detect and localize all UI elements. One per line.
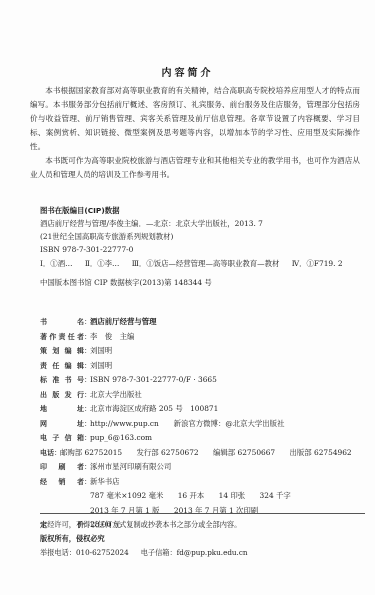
pub-label: 电话 — [40, 446, 54, 461]
pub-label: 策划编辑 — [40, 344, 84, 359]
summary-paragraph: 本书根据国家教育部对高等职业教育的有关精神，结合高职高专院校培养应用型人才的特点… — [30, 84, 360, 154]
phone-distribution: 发行部 62750672 — [137, 448, 199, 457]
divider-line — [40, 513, 365, 514]
pub-value-author: 李 俊 主编 — [90, 330, 134, 345]
report-email: fd@pup.pku.edu.cn — [177, 548, 248, 557]
cip-classification: Ⅰ．①酒… Ⅱ．①李… Ⅲ．①饭店—经营管理—高等职业教育—教材 Ⅳ．①F719… — [40, 257, 353, 270]
pub-label: 出版发行 — [40, 388, 84, 403]
pub-label: 标准书号 — [40, 373, 84, 388]
cip-class-item: Ⅰ．①酒… — [40, 259, 72, 268]
pub-value-responsible-editor: 刘国明 — [90, 359, 112, 374]
phone-mail-order: 邮购部 62752015 — [60, 448, 122, 457]
pub-value-website: http://www.pup.cn 新浪官方微博：@北京大学出版社 — [90, 417, 284, 432]
pub-value-distributor: 新华书店 — [90, 475, 120, 490]
phone-editorial: 编辑部 62750667 — [213, 448, 275, 457]
pub-value-email: pup_6@163.com — [90, 431, 152, 446]
pub-label: 地址 — [40, 402, 84, 417]
cip-title-line: 酒店前厅经营与管理/李俊主编．—北京：北京大学出版社，2013. 7 — [40, 217, 360, 230]
copy-notice: 未经许可，不得以任何方式复制或抄袭本书之部分或全部内容。 — [40, 518, 360, 532]
summary-paragraph: 本书既可作为高等职业院校旅游与酒店管理专业和其他相关专业的教学用书，也可作为酒店… — [30, 154, 360, 182]
format-size: 16 开本 — [178, 491, 205, 500]
cip-data-block: 图书在版编目(CIP)数据 酒店前厅经营与管理/李俊主编．—北京：北京大学出版社… — [40, 204, 360, 256]
email-label: 电子信箱： — [141, 548, 177, 557]
pub-row-address: 地址： 北京市海淀区成府路 205 号 100871 — [40, 402, 360, 417]
content-summary: 本书根据国家教育部对高等职业教育的有关精神，结合高职高专院校培养应用型人才的特点… — [30, 84, 360, 182]
report-label: 举报电话： — [40, 548, 76, 557]
pub-value-format: 787 毫米×1092 毫米 16 开本 14 印张 324 千字 — [90, 489, 303, 504]
cip-isbn: ISBN 978-7-301-22777-0 — [40, 243, 360, 256]
cip-series-line: (21世纪全国高职高专旅游系列规划教材) — [40, 230, 360, 243]
cip-record-number: 中国版本图书馆 CIP 数据核字(2013)第 148344 号 — [40, 276, 212, 289]
pub-value-printer: 涿州市星河印刷有限公司 — [90, 460, 171, 475]
sheet-count: 14 印张 — [219, 491, 246, 500]
pub-row-distributor: 经销者： 新华书店 — [40, 475, 360, 490]
pub-row-publisher: 出版发行： 北京大学出版社 — [40, 388, 360, 403]
pub-value-isbn: ISBN 978-7-301-22777-0/F · 3665 — [90, 373, 217, 388]
pub-value-publisher: 北京大学出版社 — [90, 388, 142, 403]
cip-class-item: Ⅱ．①李… — [85, 259, 120, 268]
pub-value-edition: 2013 年 7 月第 1 版 2013 年 7 月第 1 次印刷 — [90, 504, 270, 519]
word-count: 324 千字 — [260, 491, 291, 500]
publication-info: 书名： 酒店前厅经营与管理 著作责任者： 李 俊 主编 策划编辑： 刘国明 责任… — [40, 315, 360, 533]
pub-row-printer: 印刷者： 涿州市星河印刷有限公司 — [40, 460, 360, 475]
pub-label: 经销者 — [40, 475, 84, 490]
cip-class-item: Ⅲ．①饭店—经营管理—高等职业教育—教材 — [132, 259, 280, 268]
pub-label: 网址 — [40, 417, 84, 432]
pub-row-isbn: 标准书号： ISBN 978-7-301-22777-0/F · 3665 — [40, 373, 360, 388]
page-title: 内容简介 — [0, 64, 375, 79]
pub-row-website: 网址： http://www.pup.cn 新浪官方微博：@北京大学出版社 — [40, 417, 360, 432]
report-line: 举报电话：010-62752024电子信箱：fd@pup.pku.edu.cn — [40, 546, 360, 560]
pub-row-email: 电子信箱： pup_6@163.com — [40, 431, 360, 446]
pub-label: 印刷者 — [40, 460, 84, 475]
pub-row-responsible-editor: 责任编辑： 刘国明 — [40, 359, 360, 374]
pub-label: 电子信箱 — [40, 431, 84, 446]
rights-reserved: 版权所有，侵权必究 — [40, 532, 360, 546]
report-phone: 010-62752024 — [76, 548, 129, 557]
cip-class-item: Ⅳ．①F719. 2 — [292, 259, 343, 268]
pub-row-edition: 2013 年 7 月第 1 版 2013 年 7 月第 1 次印刷 — [40, 504, 360, 519]
copyright-footer: 未经许可，不得以任何方式复制或抄袭本书之部分或全部内容。 版权所有，侵权必究 举… — [40, 518, 360, 560]
copyright-page: 内容简介 本书根据国家教育部对高等职业教育的有关精神，结合高职高专院校培养应用型… — [0, 0, 375, 595]
pub-value-phones: 邮购部 62752015 发行部 62750672 编辑部 62750667 出… — [60, 446, 364, 461]
pub-value-address: 北京市海淀区成府路 205 号 100871 — [90, 402, 218, 417]
pub-row-format: 787 毫米×1092 毫米 16 开本 14 印张 324 千字 — [40, 489, 360, 504]
cip-heading: 图书在版编目(CIP)数据 — [40, 204, 360, 217]
pub-value-planning-editor: 刘国明 — [90, 344, 112, 359]
pub-row-phone: 电话： 邮购部 62752015 发行部 62750672 编辑部 627506… — [40, 446, 360, 461]
pub-row-title: 书名： 酒店前厅经营与管理 — [40, 315, 360, 330]
pub-value-book-title: 酒店前厅经营与管理 — [90, 315, 157, 330]
pub-label: 责任编辑 — [40, 359, 84, 374]
phone-publishing: 出版部 62754962 — [290, 448, 352, 457]
pub-label: 书名 — [40, 315, 84, 330]
paper-size: 787 毫米×1092 毫米 — [90, 491, 163, 500]
pub-row-author: 著作责任者： 李 俊 主编 — [40, 330, 360, 345]
pub-label: 著作责任者 — [40, 330, 84, 345]
pub-row-planning-editor: 策划编辑： 刘国明 — [40, 344, 360, 359]
